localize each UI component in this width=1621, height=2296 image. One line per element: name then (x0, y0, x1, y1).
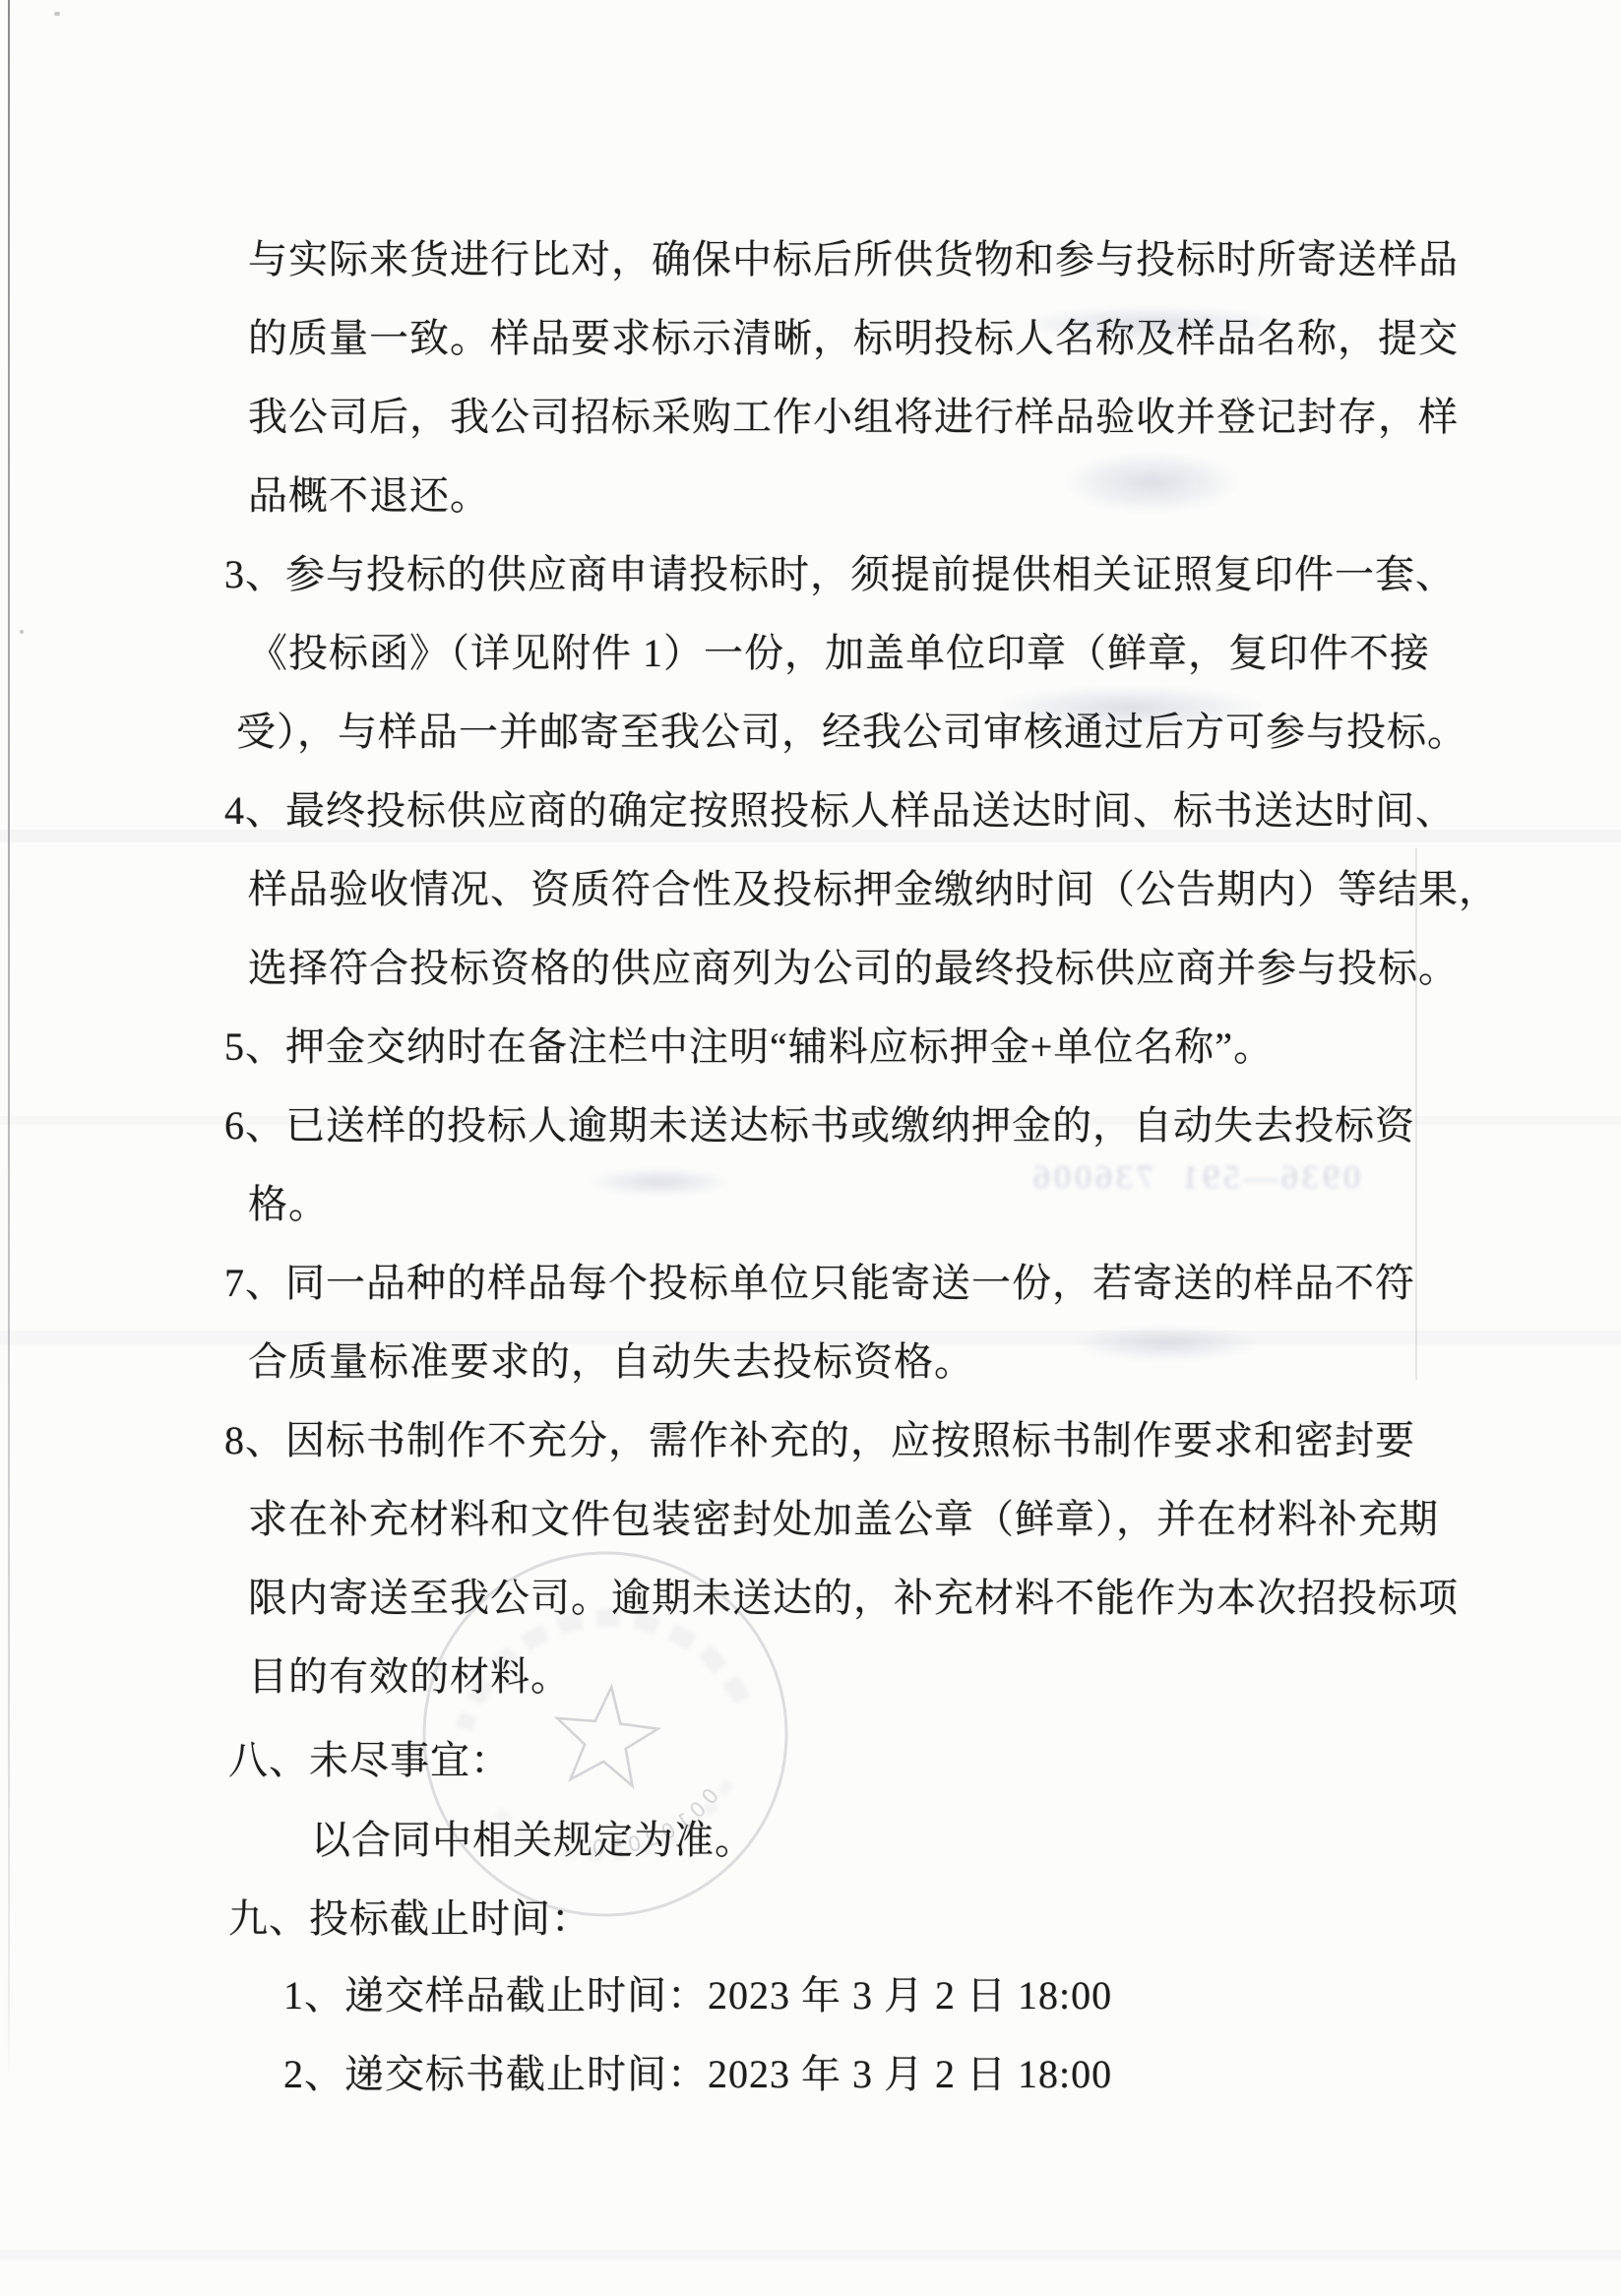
scan-speck (54, 12, 60, 16)
text-line: 以合同中相关规定为准。 (311, 1817, 755, 1868)
text-line: 8、因标书制作不充分，需作补充的，应按照标书制作要求和密封要 (224, 1417, 1415, 1468)
bleedthrough-smudge (1068, 453, 1235, 512)
text-line: 合质量标准要求的，自动失去投标资格。 (248, 1338, 974, 1390)
text-line: 6、已送样的投标人逾期未送达标书或缴纳押金的，自动失去投标资 (224, 1102, 1415, 1153)
text-line: 九、投标截止时间： (228, 1895, 592, 1947)
text-line: 《投标函》（详见附件 1）一份，加盖单位印章（鲜章，复印件不接 (248, 630, 1430, 681)
bleedthrough-smudge (591, 1169, 728, 1195)
text-line: 5、押金交纳时在备注栏中注明“辅料应标押金+单位名称”。 (224, 1024, 1274, 1075)
text-line: 求在补充材料和文件包装密封处加盖公章（鲜章），并在材料补充期 (248, 1496, 1439, 1547)
text-line: 格。 (248, 1181, 329, 1232)
text-line: 7、同一品种的样品每个投标单位只能寄送一份，若寄送的样品不符 (224, 1260, 1415, 1311)
text-line: 样品验收情况、资质符合性及投标押金缴纳时间（公告期内）等结果， (248, 866, 1499, 917)
text-line: 的质量一致。样品要求标示清晰，标明投标人名称及样品名称，提交 (248, 315, 1459, 366)
bleedthrough-digits: 0936—591 736006 (1026, 1159, 1360, 1197)
text-line: 1、递交样品截止时间：2023 年 3 月 2 日 18:00 (283, 1972, 1112, 2023)
text-line: 选择符合投标资格的供应商列为公司的最终投标供应商并参与投标。 (248, 945, 1459, 996)
text-line: 2、递交标书截止时间：2023 年 3 月 2 日 18:00 (283, 2051, 1112, 2102)
bleedthrough-smudge (1078, 1327, 1255, 1360)
scanned-document-page: 0936—591 736006 00103050 与实际来货进行比对，确保中标后… (0, 0, 1621, 2296)
text-line: 4、最终投标供应商的确定按照投标人样品送达时间、标书送达时间、 (224, 787, 1456, 838)
scan-speck (20, 630, 24, 634)
text-line: 限内寄送至我公司。逾期未送达的，补充材料不能作为本次招投标项 (248, 1575, 1459, 1626)
scan-edge-line-right (1415, 848, 1417, 1380)
text-line: 品概不退还。 (248, 472, 490, 524)
text-line: 我公司后，我公司招标采购工作小组将进行样品验收并登记封存，样 (248, 394, 1459, 445)
text-line: 受），与样品一并邮寄至我公司，经我公司审核通过后方可参与投标。 (236, 709, 1467, 760)
text-line: 与实际来货进行比对，确保中标后所供货物和参与投标时所寄送样品 (248, 236, 1459, 287)
text-line: 目的有效的材料。 (248, 1653, 571, 1705)
scan-edge-line (8, 0, 10, 2086)
text-line: 八、未尽事宜： (228, 1737, 511, 1788)
text-line: 3、参与投标的供应商申请投标时，须提前提供相关证照复印件一套、 (224, 551, 1456, 602)
scan-band (0, 2250, 1621, 2261)
